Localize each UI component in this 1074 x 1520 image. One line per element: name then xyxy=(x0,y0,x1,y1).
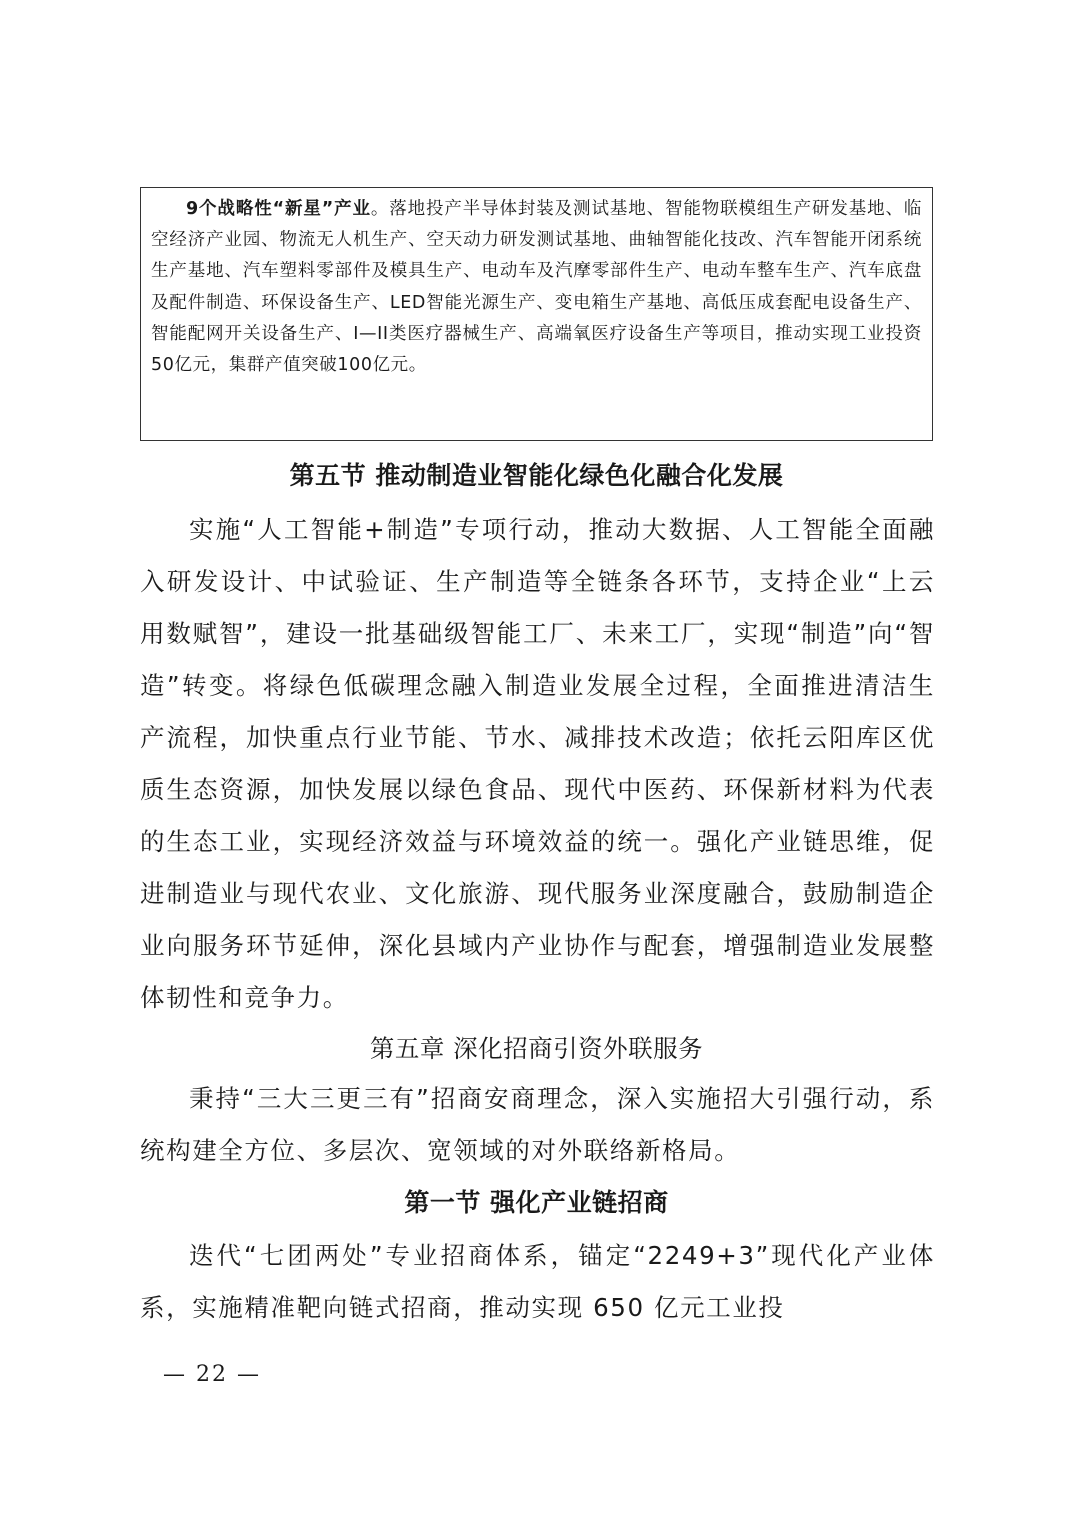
highlight-lead: 9个战略性“新星”产业 xyxy=(186,199,371,219)
chapter-5-title: 第五章 深化招商引资外联服务 xyxy=(140,1030,933,1065)
page-number: — 22 — xyxy=(163,1362,261,1387)
highlight-paragraph: 9个战略性“新星”产业。落地投产半导体封装及测试基地、智能物联模组生产研发基地、… xyxy=(151,194,922,381)
highlight-text: 。落地投产半导体封装及测试基地、智能物联模组生产研发基地、临空经济产业园、物流无… xyxy=(151,199,922,375)
chapter-5-paragraph: 秉持“三大三更三有”招商安商理念，深入实施招大引强行动，系统构建全方位、多层次、… xyxy=(140,1073,935,1177)
section-1-paragraph: 迭代“七团两处”专业招商体系，锚定“2249+3”现代化产业体系，实施精准靶向链… xyxy=(140,1230,935,1334)
section-5-title: 第五节 推动制造业智能化绿色化融合化发展 xyxy=(140,456,933,492)
highlight-box: 9个战略性“新星”产业。落地投产半导体封装及测试基地、智能物联模组生产研发基地、… xyxy=(140,187,933,441)
section-5-paragraph: 实施“人工智能+制造”专项行动，推动大数据、人工智能全面融入研发设计、中试验证、… xyxy=(140,504,935,1024)
section-1-title: 第一节 强化产业链招商 xyxy=(140,1183,933,1219)
